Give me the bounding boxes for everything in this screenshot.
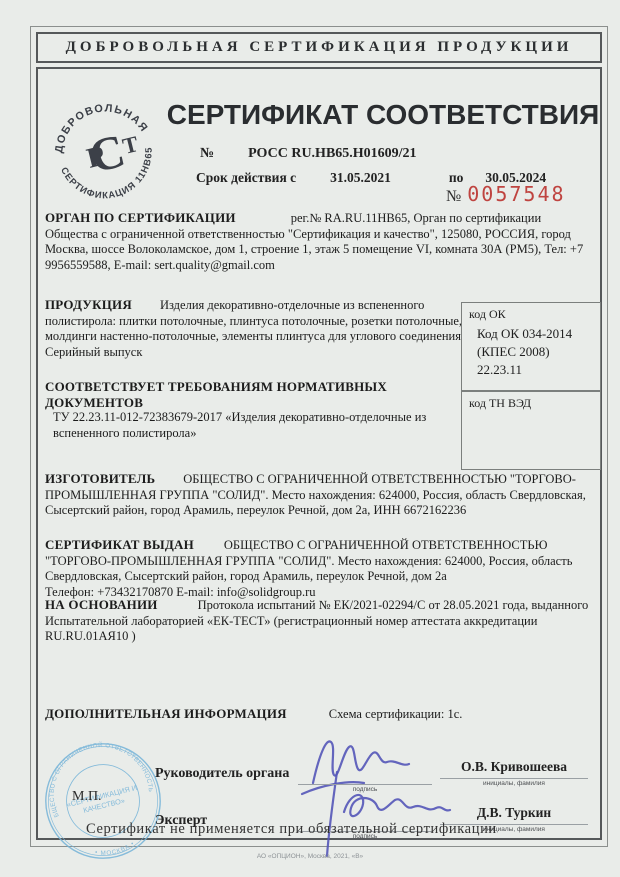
additional-info-text: Схема сертификации: 1с. <box>329 707 463 721</box>
section-additional-info: ДОПОЛНИТЕЛЬНАЯ ИНФОРМАЦИЯСхема сертифика… <box>45 706 585 723</box>
certificate-title: СЕРТИФИКАТ СООТВЕТСТВИЯ <box>163 99 603 131</box>
validity-label: Срок действия с <box>196 170 296 185</box>
ok-code-label: код ОК <box>469 307 593 322</box>
certification-body-label: ОРГАН ПО СЕРТИФИКАЦИИ <box>45 210 236 225</box>
header-box: ДОБРОВОЛЬНАЯ СЕРТИФИКАЦИЯ ПРОДУКЦИИ <box>36 32 602 63</box>
blank-serial-row: №0057548 <box>446 182 566 206</box>
ok-code-box: код ОК Код ОК 034-2014 (КПЕС 2008) 22.23… <box>461 302 601 391</box>
conforms-text: ТУ 22.23.11-012-72383679-2017 «Изделия д… <box>45 410 475 441</box>
additional-info-label: ДОПОЛНИТЕЛЬНАЯ ИНФОРМАЦИЯ <box>45 706 287 721</box>
header-title: ДОБРОВОЛЬНАЯ СЕРТИФИКАЦИЯ ПРОДУКЦИИ <box>66 39 573 56</box>
ok-code-value: Код ОК 034-2014 (КПЕС 2008) 22.23.11 <box>477 325 593 379</box>
signer-name-expert: Д.В. Туркин <box>440 805 588 821</box>
section-manufacturer: ИЗГОТОВИТЕЛЬОБЩЕСТВО С ОГРАНИЧЕННОЙ ОТВЕ… <box>45 471 596 519</box>
section-certification-body: ОРГАН ПО СЕРТИФИКАЦИИрег.№ RA.RU.11НВ65,… <box>45 210 594 273</box>
blank-serial-number: 0057548 <box>467 182 565 206</box>
manufacturer-label: ИЗГОТОВИТЕЛЬ <box>45 471 155 486</box>
name-line-head: инициалы, фамилия <box>440 778 588 787</box>
section-conforms: СООТВЕТСТВУЕТ ТРЕБОВАНИЯМ НОРМАТИВНЫХ ДО… <box>45 379 475 441</box>
print-house-note: АО «ОПЦИОН», Москва, 2021, «В» <box>0 853 620 860</box>
issued-to-label: СЕРТИФИКАТ ВЫДАН <box>45 537 194 552</box>
valid-from-date: 31.05.2021 <box>330 170 391 185</box>
signature-line-head: подпись <box>298 784 432 793</box>
product-serial-note: Серийный выпуск <box>45 345 464 361</box>
number-sign: № <box>200 146 214 161</box>
footer-note: Сертификат не применяется при обязательн… <box>86 821 497 838</box>
basis-label: НА ОСНОВАНИИ <box>45 597 158 612</box>
tnved-code-label: код ТН ВЭД <box>469 396 593 411</box>
name-line-head-label: инициалы, фамилия <box>440 780 588 787</box>
role-head-of-body: Руководитель органа <box>155 766 289 782</box>
blank-number-sign: № <box>446 188 461 205</box>
section-basis: НА ОСНОВАНИИПротокола испытаний № ЕК/202… <box>45 597 596 645</box>
signer-name-head: О.В. Кривошеева <box>440 759 588 775</box>
certificate-page: ДОБРОВОЛЬНАЯ СЕРТИФИКАЦИЯ ПРОДУКЦИИ ДОБР… <box>0 0 620 877</box>
signature-line-head-label: подпись <box>298 786 432 793</box>
product-label: ПРОДУКЦИЯ <box>45 297 132 312</box>
certificate-number: РОСС RU.НВ65.Н01609/21 <box>248 146 416 161</box>
conforms-label: СООТВЕТСТВУЕТ ТРЕБОВАНИЯМ НОРМАТИВНЫХ ДО… <box>45 379 475 410</box>
section-issued-to: СЕРТИФИКАТ ВЫДАНОБЩЕСТВО С ОГРАНИЧЕННОЙ … <box>45 537 598 600</box>
stamp-place-label: М.П. <box>72 789 102 805</box>
section-product: ПРОДУКЦИЯИзделия декоративно-отделочные … <box>45 297 464 360</box>
tnved-code-box: код ТН ВЭД <box>461 391 601 470</box>
certificate-number-row: №РОСС RU.НВ65.Н01609/21 <box>200 146 417 162</box>
